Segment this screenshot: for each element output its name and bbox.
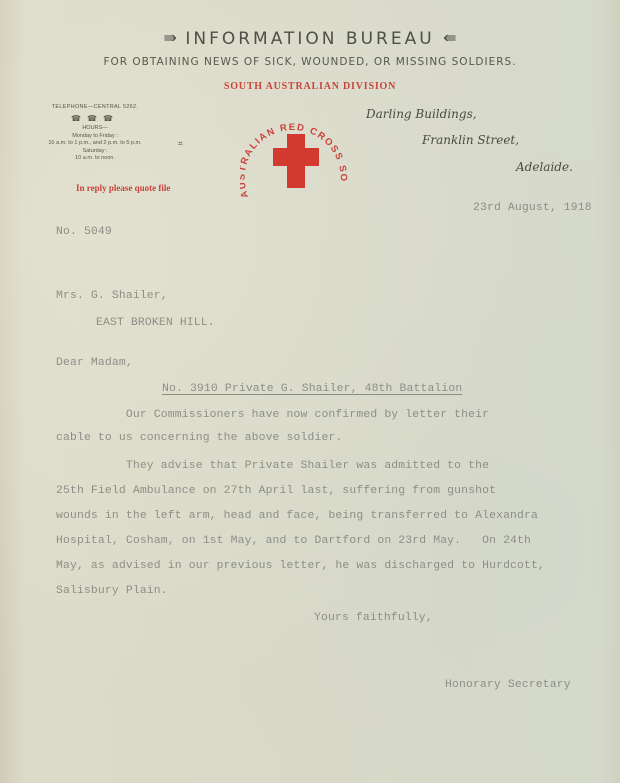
body-line: Our Commissioners have now confirmed by … bbox=[56, 409, 489, 421]
body-line: Hospital, Cosham, on 1st May, and to Dar… bbox=[56, 535, 531, 547]
hours-saturday: 10 a.m. to noon. bbox=[30, 155, 160, 163]
reference-line: No. 3910 Private G. Shailer, 48th Battal… bbox=[162, 383, 462, 395]
closing: Yours faithfully, bbox=[314, 612, 433, 624]
contact-block: TELEPHONE—CENTRAL 5262. ☎☎☎ HOURS— Monda… bbox=[30, 104, 160, 163]
hash-mark-icon: ⌗ bbox=[178, 139, 183, 149]
reply-note: In reply please quote file bbox=[76, 183, 170, 193]
letterhead-title: ⇛ INFORMATION BUREAU ⇚ bbox=[0, 28, 620, 49]
body-line: May, as advised in our previous letter, … bbox=[56, 560, 545, 572]
body-line: 25th Field Ambulance on 27th April last,… bbox=[56, 485, 496, 497]
division-heading: SOUTH AUSTRALIAN DIVISION bbox=[0, 81, 620, 92]
signature-title: Honorary Secretary bbox=[445, 679, 571, 691]
address-line-3: Adelaide. bbox=[516, 160, 573, 174]
body-line: wounds in the left arm, head and face, b… bbox=[56, 510, 538, 522]
recipient-name: Mrs. G. Shailer, bbox=[56, 290, 168, 302]
letterhead-subtitle: FOR OBTAINING NEWS OF SICK, WOUNDED, OR … bbox=[0, 56, 620, 68]
arrow-left-icon: ⇚ bbox=[443, 28, 456, 47]
recipient-place: EAST BROKEN HILL. bbox=[96, 317, 215, 329]
hours-weekday-label: Monday to Friday : bbox=[30, 133, 160, 141]
address-line-1: Darling Buildings, bbox=[366, 107, 477, 121]
address-line-2: Franklin Street, bbox=[422, 133, 519, 147]
salutation: Dear Madam, bbox=[56, 357, 133, 369]
letter-date: 23rd August, 1918 bbox=[473, 202, 592, 214]
red-cross-icon: AUSTRALIAN RED CROSS SOCIETY bbox=[240, 104, 352, 208]
red-cross-emblem: AUSTRALIAN RED CROSS SOCIETY bbox=[240, 104, 352, 208]
body-line: Salisbury Plain. bbox=[56, 585, 168, 597]
hours-weekday: 10 a.m. to 1 p.m., and 2 p.m. to 5 p.m. bbox=[30, 140, 160, 148]
telephone-number: TELEPHONE—CENTRAL 5262. bbox=[30, 104, 160, 112]
bureau-title: INFORMATION BUREAU bbox=[185, 29, 434, 49]
arrow-right-icon: ⇛ bbox=[164, 28, 177, 47]
telephone-icon: ☎☎☎ bbox=[30, 115, 160, 123]
hours-heading: HOURS— bbox=[30, 125, 160, 133]
hours-saturday-label: Saturday : bbox=[30, 148, 160, 156]
file-number: No. 5049 bbox=[56, 226, 112, 238]
body-line: cable to us concerning the above soldier… bbox=[56, 432, 342, 444]
body-line: They advise that Private Shailer was adm… bbox=[56, 460, 489, 472]
